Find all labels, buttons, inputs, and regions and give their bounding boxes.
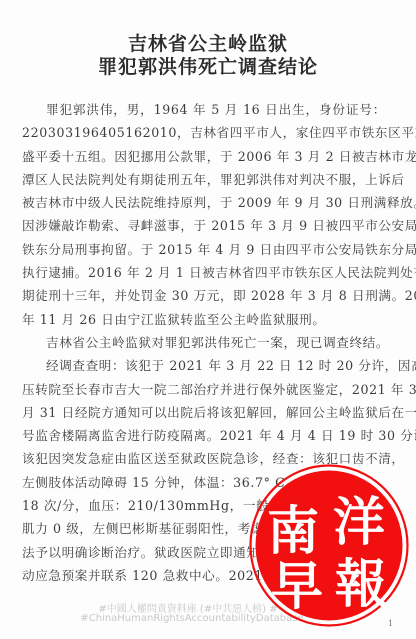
body-line: 执行逮捕。2016 年 2 月 1 日被吉林省四平市铁东区人民法院判处有 (22, 261, 386, 284)
stamp-char-1: 南 (267, 501, 319, 562)
body-line: 因涉嫌敲诈勒索、寻衅滋事，于 2015 年 3 月 9 日被四平市公安局 (22, 214, 386, 237)
stamp-char-2: 洋 (333, 492, 385, 553)
body-line: 潭区人民法院判处有期徒刑五年，罪犯郭洪伟对判决不服，上诉后 (22, 168, 386, 191)
body-line: 罪犯郭洪伟，男，1964 年 5 月 16 日出生，身份证号： (22, 98, 386, 121)
stamp-char-3: 早 (271, 556, 323, 617)
body-line: 压转院至长春市吉大一院二部治疗并进行保外就医鉴定，2021 年 3 (22, 378, 386, 401)
body-line: 220303196405162010，吉林省四平市人，家住四平市铁东区平东街 (22, 121, 386, 144)
body-line: 月 31 日经院方通知可以出院后将该犯解回，解回公主岭监狱后在一 (22, 401, 386, 424)
newspaper-stamp-logo: 南 洋 早 報 (249, 464, 409, 627)
body-line: 被吉林市中级人民法院维持原判，于 2009 年 9 月 30 日刑满释放。 (22, 191, 386, 214)
document-page: 吉林省公主岭监狱 罪犯郭洪伟死亡调查结论 罪犯郭洪伟，男，1964 年 5 月 … (0, 0, 416, 639)
stamp-char-4: 報 (335, 554, 387, 615)
body-line: 年 11 月 26 日由宁江监狱转监至公主岭监狱服刑。 (22, 308, 386, 331)
document-title-line-2: 罪犯郭洪伟死亡调查结论 (0, 52, 416, 79)
body-line: 期徒刑十三年，并处罚金 30 万元，即 2028 年 3 月 8 日刑满。202… (22, 284, 386, 307)
body-line: 吉林省公主岭监狱对罪犯郭洪伟死亡一案，现已调查终结。 (22, 331, 386, 354)
body-line: 号监舍楼隔离监舍进行防疫隔离。2021 年 4 月 4 日 19 时 30 分许… (22, 424, 386, 447)
body-line: 铁东分局刑事拘留。于 2015 年 4 月 9 日由四平市公安局铁东分局 (22, 238, 386, 261)
body-line: 盛平委十五组。因犯挪用公款罪，于 2006 年 3 月 2 日被吉林市龙 (22, 145, 386, 168)
body-line: 经调查查明：该犯于 2021 年 3 月 22 日 12 时 20 分许，因高血 (22, 354, 386, 377)
